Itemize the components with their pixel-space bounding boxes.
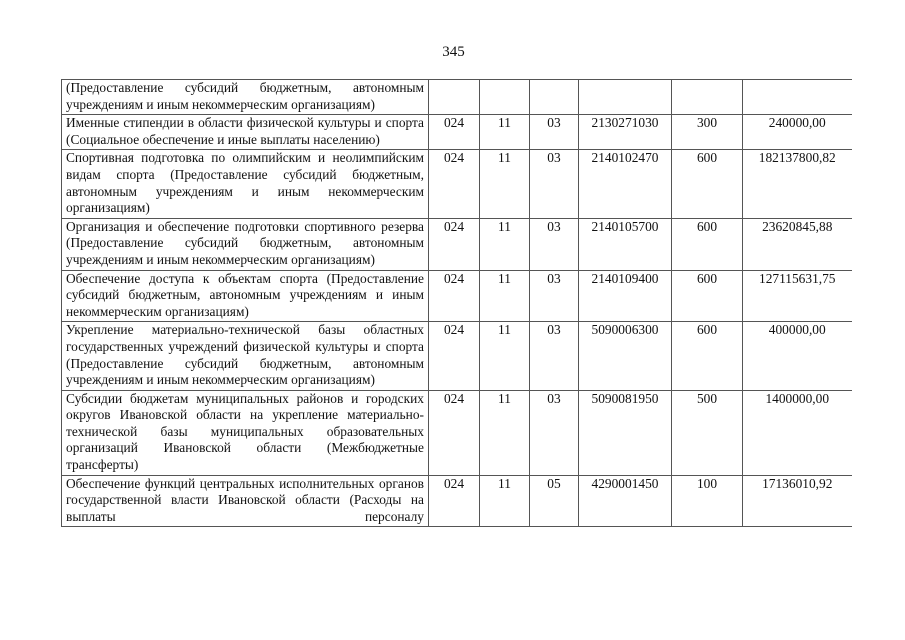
target-article-cell: 5090006300 — [579, 322, 672, 390]
expense-type-cell: 300 — [672, 115, 743, 150]
expense-type-cell: 600 — [672, 150, 743, 218]
table-row: Укрепление материально-технической базы … — [62, 322, 852, 390]
table-row: Субсидии бюджетам муниципальных районов … — [62, 390, 852, 475]
description-cell: Обеспечение функций центральных исполнит… — [62, 475, 429, 527]
expense-type-cell — [672, 80, 743, 115]
description-cell: (Предоставление субсидий бюджетным, авто… — [62, 80, 429, 115]
subsection-cell: 05 — [530, 475, 579, 527]
expense-type-cell: 100 — [672, 475, 743, 527]
subsection-cell: 03 — [530, 115, 579, 150]
section-cell: 11 — [480, 475, 530, 527]
target-article-cell: 2140102470 — [579, 150, 672, 218]
section-cell: 11 — [480, 115, 530, 150]
glav-cell: 024 — [429, 115, 480, 150]
description-cell: Обеспечение доступа к объектам спорта (П… — [62, 270, 429, 322]
section-cell: 11 — [480, 150, 530, 218]
amount-cell: 182137800,82 — [743, 150, 852, 218]
table-row: Организация и обеспечение подготовки спо… — [62, 218, 852, 270]
subsection-cell: 03 — [530, 322, 579, 390]
budget-table: (Предоставление субсидий бюджетным, авто… — [61, 79, 852, 527]
glav-cell: 024 — [429, 270, 480, 322]
page-number-text: 345 — [442, 44, 465, 60]
table-row: Именные стипендии в области физической к… — [62, 115, 852, 150]
target-article-cell: 5090081950 — [579, 390, 672, 475]
amount-cell: 127115631,75 — [743, 270, 852, 322]
section-cell: 11 — [480, 390, 530, 475]
subsection-cell — [530, 80, 579, 115]
section-cell — [480, 80, 530, 115]
amount-cell — [743, 80, 852, 115]
budget-table-body: (Предоставление субсидий бюджетным, авто… — [62, 80, 852, 527]
expense-type-cell: 600 — [672, 218, 743, 270]
target-article-cell: 2140109400 — [579, 270, 672, 322]
expense-type-cell: 500 — [672, 390, 743, 475]
target-article-cell — [579, 80, 672, 115]
subsection-cell: 03 — [530, 150, 579, 218]
section-cell: 11 — [480, 270, 530, 322]
table-row: Обеспечение доступа к объектам спорта (П… — [62, 270, 852, 322]
subsection-cell: 03 — [530, 390, 579, 475]
glav-cell: 024 — [429, 390, 480, 475]
amount-cell: 240000,00 — [743, 115, 852, 150]
glav-cell: 024 — [429, 475, 480, 527]
expense-type-cell: 600 — [672, 270, 743, 322]
table-row: Обеспечение функций центральных исполнит… — [62, 475, 852, 527]
subsection-cell: 03 — [530, 218, 579, 270]
glav-cell: 024 — [429, 322, 480, 390]
glav-cell: 024 — [429, 218, 480, 270]
subsection-cell: 03 — [530, 270, 579, 322]
description-cell: Субсидии бюджетам муниципальных районов … — [62, 390, 429, 475]
glav-cell: 024 — [429, 150, 480, 218]
table-row: (Предоставление субсидий бюджетным, авто… — [62, 80, 852, 115]
amount-cell: 400000,00 — [743, 322, 852, 390]
description-cell: Укрепление материально-технической базы … — [62, 322, 429, 390]
target-article-cell: 2140105700 — [579, 218, 672, 270]
amount-cell: 23620845,88 — [743, 218, 852, 270]
amount-cell: 17136010,92 — [743, 475, 852, 527]
description-cell: Организация и обеспечение подготовки спо… — [62, 218, 429, 270]
glav-cell — [429, 80, 480, 115]
target-article-cell: 2130271030 — [579, 115, 672, 150]
expense-type-cell: 600 — [672, 322, 743, 390]
page-number: 345 — [0, 44, 905, 61]
table-row: Спортивная подготовка по олимпийским и н… — [62, 150, 852, 218]
target-article-cell: 4290001450 — [579, 475, 672, 527]
section-cell: 11 — [480, 322, 530, 390]
section-cell: 11 — [480, 218, 530, 270]
amount-cell: 1400000,00 — [743, 390, 852, 475]
description-cell: Именные стипендии в области физической к… — [62, 115, 429, 150]
description-cell: Спортивная подготовка по олимпийским и н… — [62, 150, 429, 218]
